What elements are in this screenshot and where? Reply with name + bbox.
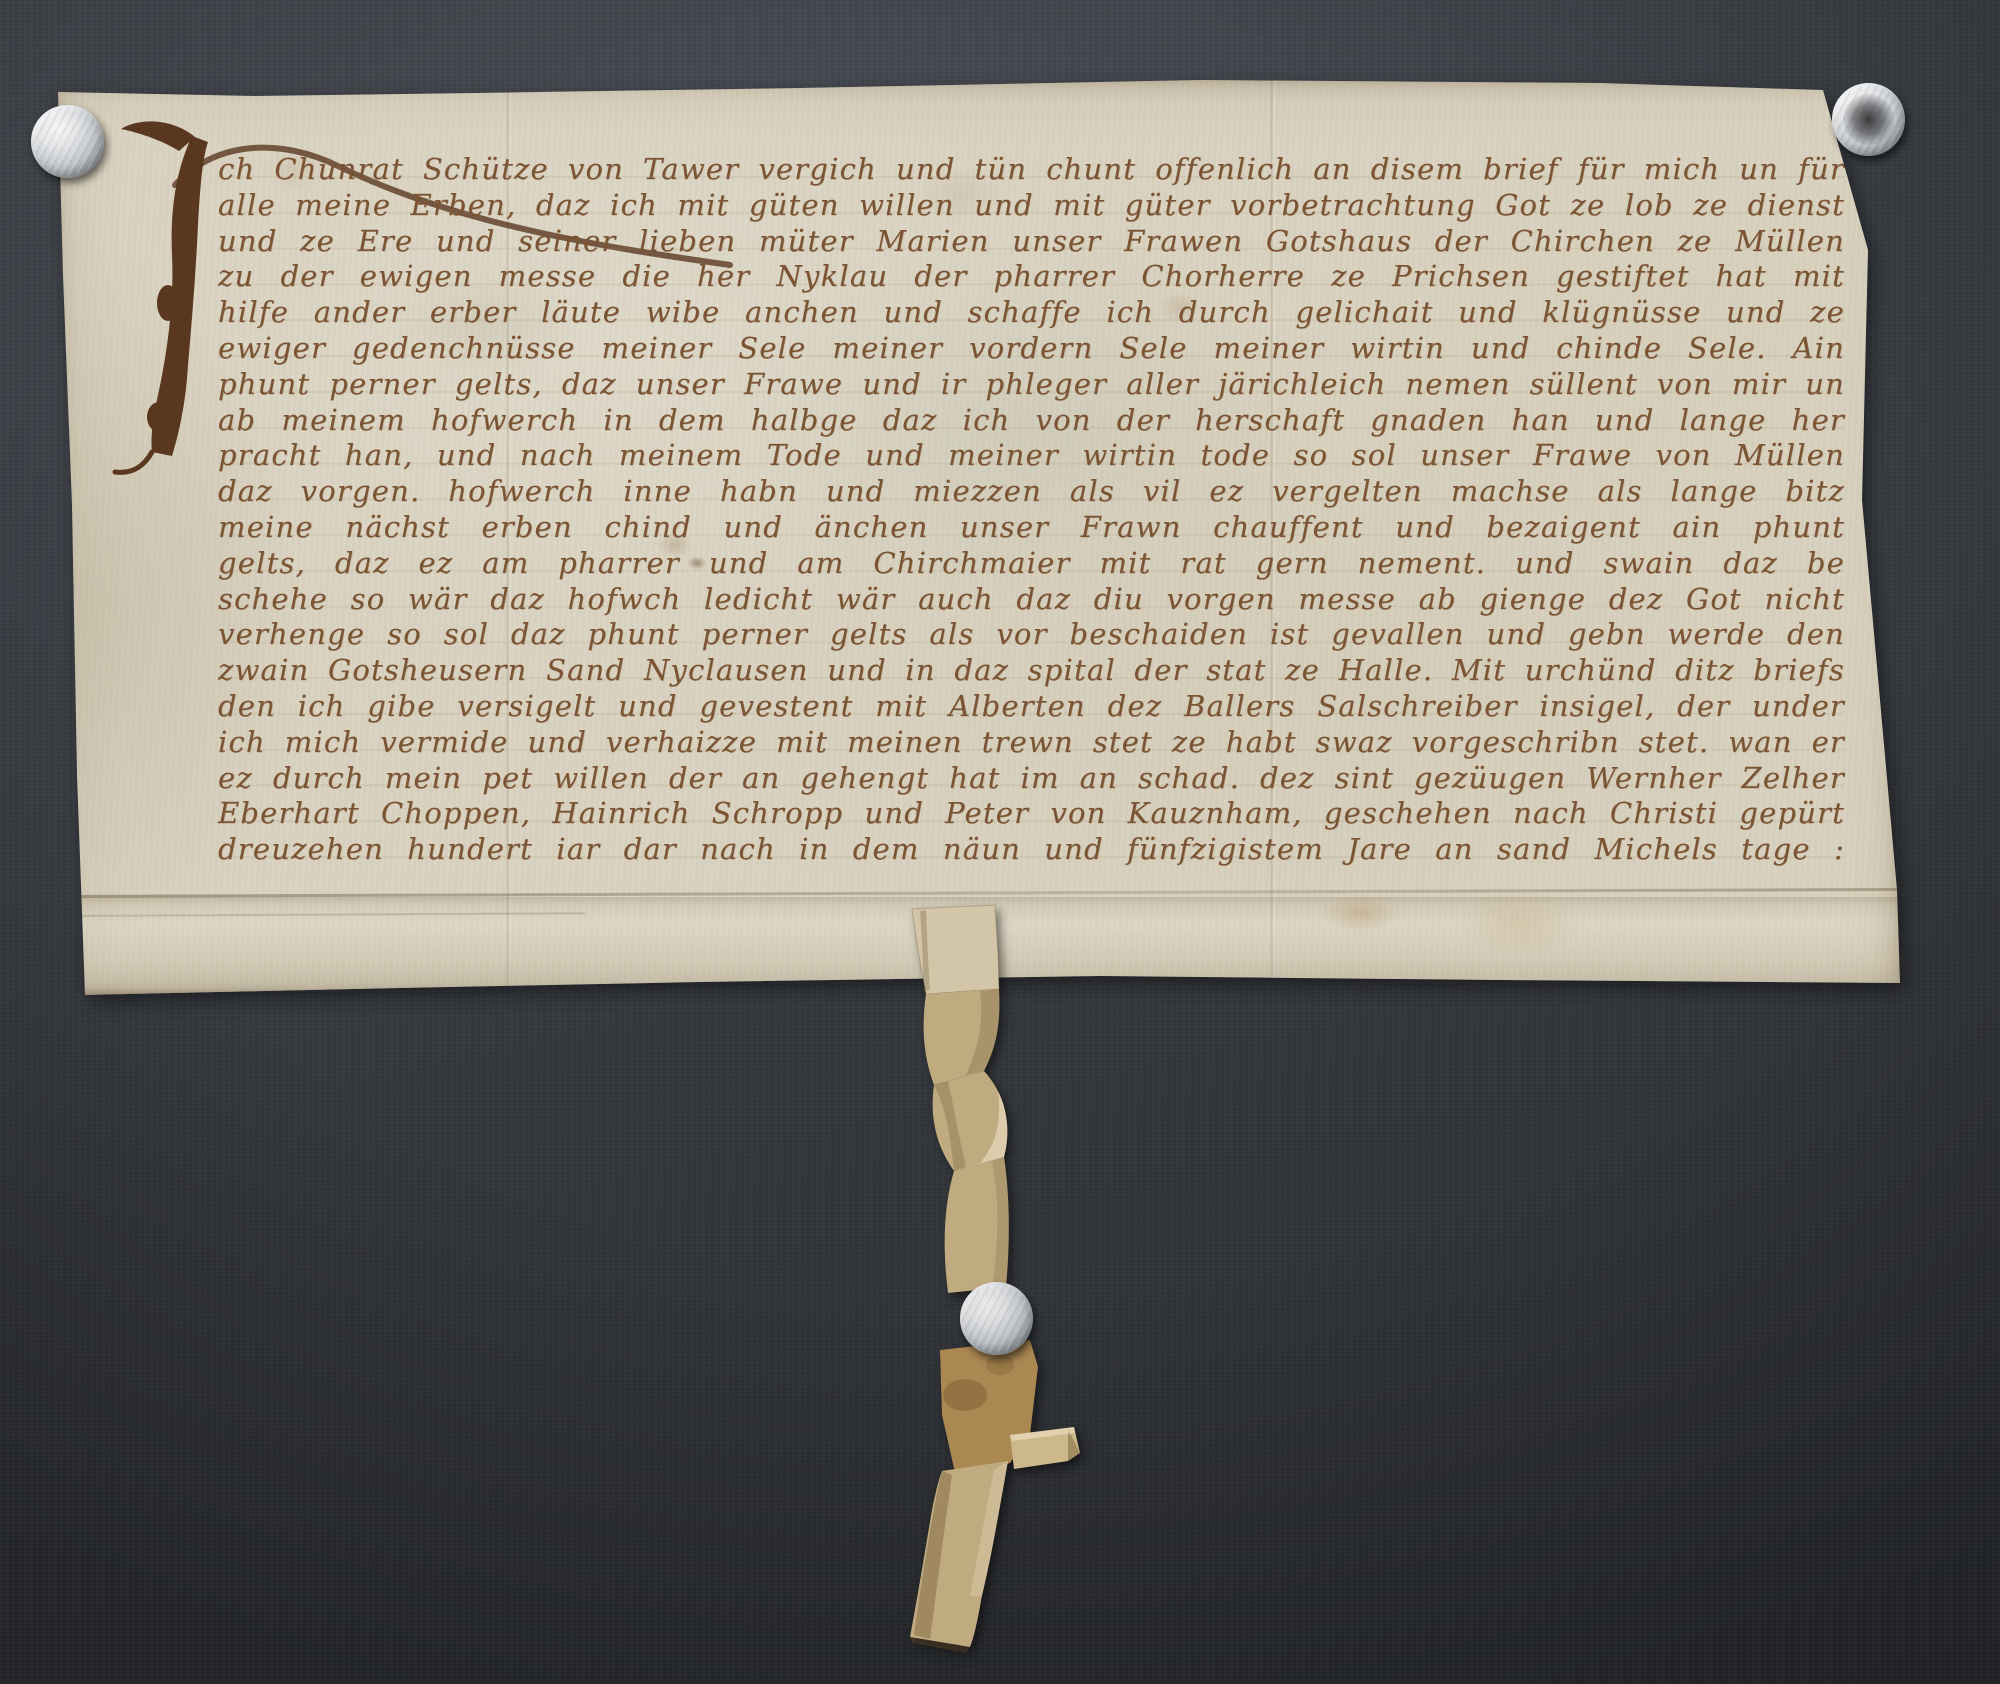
- initial-top-hook: [121, 121, 195, 151]
- script-line: verhenge so sol daz phunt perner gelts a…: [218, 617, 1845, 653]
- script-line: ez durch mein pet willen der an gehengt …: [218, 761, 1845, 797]
- script-line: schehe so wär daz hofwch ledicht wär auc…: [218, 582, 1845, 618]
- script-line: alle meine Erben, daz ich mit güten will…: [218, 188, 1845, 224]
- parchment-charter: ch Chunrat Schütze von Tawer vergich und…: [55, 75, 1903, 997]
- weight-on-tail: [960, 1282, 1033, 1355]
- script-line: den ich gibe versigelt und gevestent mit…: [218, 689, 1845, 725]
- script-line: ab meinem hofwerch in dem halbge daz ich…: [218, 403, 1845, 439]
- script-line: zu der ewigen messe die her Nyklau der p…: [218, 259, 1845, 295]
- weight-top-right: [1832, 83, 1905, 156]
- charter-text: ch Chunrat Schütze von Tawer vergich und…: [218, 152, 1845, 868]
- script-line: daz vorgen. hofwerch inne habn und miezz…: [218, 474, 1845, 510]
- script-line: zwain Gotsheusern Sand Nyclausen und in …: [218, 653, 1845, 689]
- initial-low-bulge: [147, 402, 171, 432]
- weight-top-left: [31, 105, 104, 178]
- initial-mid-bulge: [157, 285, 179, 321]
- script-line: ch Chunrat Schütze von Tawer vergich und…: [218, 152, 1845, 188]
- script-line: phunt perner gelts, daz unser Frawe und …: [218, 367, 1845, 403]
- script-line: dreuzehen hundert iar dar nach in dem nä…: [218, 832, 1845, 868]
- script-line: pracht han, und nach meinem Tode und mei…: [218, 438, 1845, 474]
- script-line: Eberhart Choppen, Hainrich Schropp und P…: [218, 796, 1845, 832]
- script-line: ewiger gedenchnüsse meiner Sele meiner v…: [218, 331, 1845, 367]
- tail-mottle-2: [986, 1355, 1014, 1375]
- photo-scene: ch Chunrat Schütze von Tawer vergich und…: [0, 0, 2000, 1684]
- initial-stem: [151, 136, 208, 456]
- tail-mottle-1: [943, 1379, 987, 1411]
- initial-foot-flourish: [115, 452, 152, 472]
- script-line: gelts, daz ez am pharrer und am Chirchma…: [218, 546, 1845, 582]
- script-line: hilfe ander erber läute wibe anchen und …: [218, 295, 1845, 331]
- script-line: und ze Ere und seiner lieben müter Marie…: [218, 224, 1845, 260]
- script-line: meine nächst erben chind und änchen unse…: [218, 510, 1845, 546]
- script-line: ich mich vermide und verhaizze mit meine…: [218, 725, 1845, 761]
- plica-crease-line-2: [65, 912, 585, 917]
